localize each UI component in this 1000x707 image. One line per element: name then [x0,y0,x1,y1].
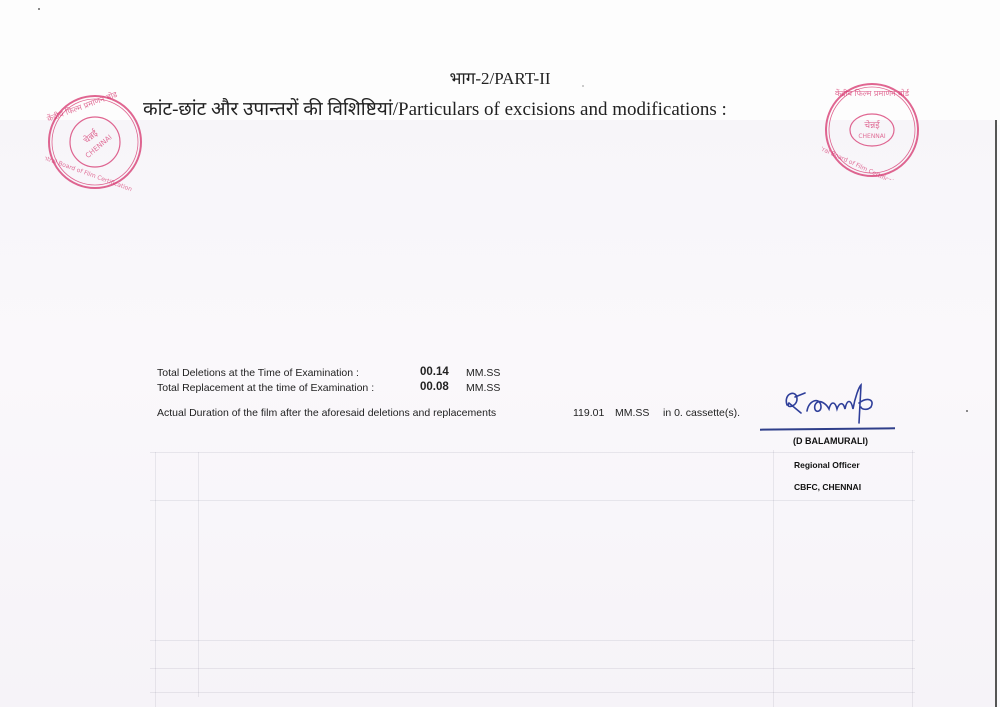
officer-name: (D BALAMURALI) [793,436,868,446]
duration-value: 119.01 [573,407,604,419]
deletions-unit: MM.SS [466,367,500,379]
svg-text:चेन्नई: चेन्नई [864,119,880,131]
replacement-value: 00.08 [420,381,449,393]
cbfc-stamp-left-icon: चेन्नई CHENNAI Central Board of Film Cer… [45,92,145,192]
deletions-label: Total Deletions at the Time of Examinati… [157,367,359,379]
svg-text:CHENNAI: CHENNAI [858,133,886,140]
duration-unit: MM.SS [615,407,649,419]
officer-designation: Regional Officer [794,460,860,470]
cbfc-stamp-right-icon: चेन्नई CHENNAI केंद्रीय फिल्म प्रमाणन बो… [822,80,922,180]
scan-speck [582,85,584,87]
signature-icon [775,383,895,428]
replacement-label: Total Replacement at the time of Examina… [157,382,374,394]
officer-office: CBFC, CHENNAI [794,482,861,492]
deletions-value: 00.14 [420,366,449,378]
section-title: कांट-छांट और उपान्तरों की विशिष्टियां/Pa… [143,95,727,121]
scan-speck [966,410,968,412]
svg-text:Central Board of Film Certific: Central Board of Film Certification [822,140,903,180]
svg-text:केंद्रीय फिल्म प्रमाणन बोर्ड: केंद्रीय फिल्म प्रमाणन बोर्ड [835,88,910,98]
scan-speck [38,8,40,10]
replacement-unit: MM.SS [466,382,500,394]
duration-cassette: in 0. cassette(s). [663,407,740,419]
duration-label: Actual Duration of the film after the af… [157,407,496,419]
